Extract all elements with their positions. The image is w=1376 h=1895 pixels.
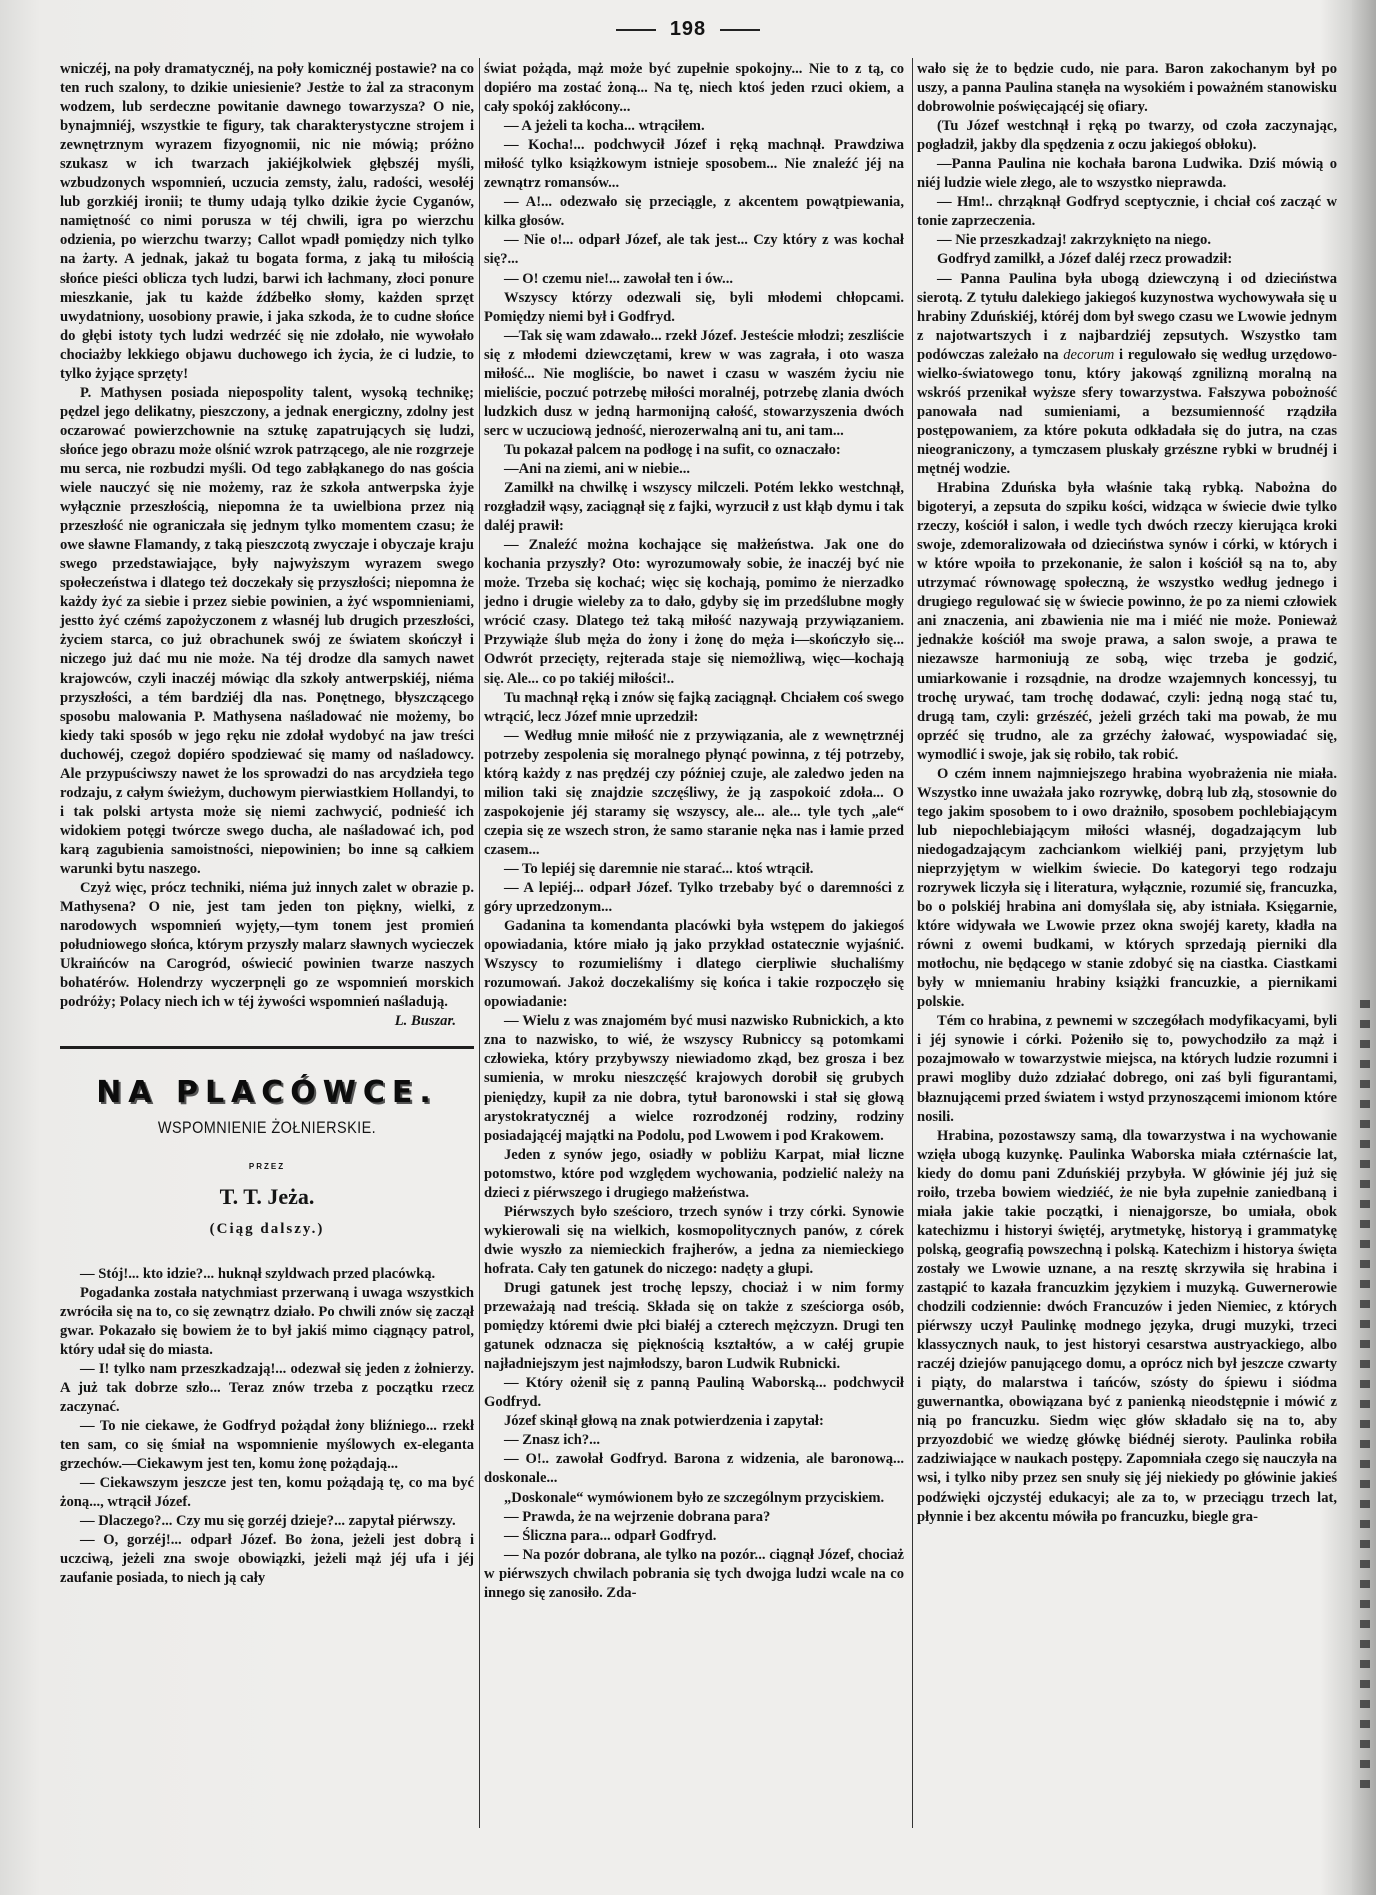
story-paragraph: — Według mnie miłość nie z przywiązania,… — [484, 727, 904, 860]
story-paragraph: Jeden z synów jego, osiadły w pobliżu Ka… — [484, 1146, 904, 1203]
story-paragraph: wało się że to będzie cudo, nie para. Ba… — [917, 60, 1337, 117]
story-by-line: PRZEZ — [60, 1157, 474, 1176]
story-subtitle: WSPOMNIENIE ŻOŁNIERSKIE. — [91, 1118, 443, 1137]
story-paragraph: Godfryd zamilkł, a Józef daléj rzecz pro… — [917, 250, 1337, 269]
story-paragraph: — Nie przeszkadzaj! zakrzyknięto na nieg… — [917, 231, 1337, 250]
column-2: świat pożąda, mąż może być zupełnie spok… — [484, 60, 904, 1603]
italic-word: decorum — [1063, 347, 1114, 363]
story-paragraph: — Który ożenił się z panną Pauliną Wabor… — [484, 1374, 904, 1412]
story-header: NA PLACÓWCE. WSPOMNIENIE ŻOŁNIERSKIE. PR… — [60, 1083, 474, 1264]
story-title: NA PLACÓWCE. — [60, 1083, 474, 1102]
story-paragraph: — Wielu z was znajomém być musi nazwisko… — [484, 1012, 904, 1145]
story-paragraph: —Ani na ziemi, ani w niebie... — [484, 460, 904, 479]
story-paragraph: Pogadanka została natychmiast przerwaną … — [60, 1284, 474, 1360]
story-author: T. T. Jeża. — [60, 1187, 474, 1206]
story-paragraph: — To nie ciekawe, że Godfryd pożądał żon… — [60, 1417, 474, 1474]
story-paragraph: Hrabina Zduńska była właśnie taką rybką.… — [917, 479, 1337, 765]
essay-paragraph: P. Mathysen posiada niepospolity talent,… — [60, 384, 474, 879]
story-paragraph: — Znaleźć można kochające się małżeństwa… — [484, 536, 904, 688]
column-rule-1 — [479, 58, 480, 1828]
story-paragraph: Drugi gatunek jest trochę lepszy, chocia… — [484, 1279, 904, 1374]
story-paragraph: — O! czemu nie!... zawołał ten i ów... — [484, 270, 904, 289]
story-paragraph: — Śliczna para... odparł Godfryd. — [484, 1527, 904, 1546]
story-paragraph: — O!.. zawołał Godfryd. Barona z widzeni… — [484, 1450, 904, 1488]
story-paragraph: — To lepiéj się daremnie nie starać... k… — [484, 860, 904, 879]
essay-paragraph: wniczéj, na poły dramatycznéj, na poły k… — [60, 60, 474, 384]
column-3: wało się że to będzie cudo, nie para. Ba… — [917, 60, 1337, 1527]
story-paragraph: Gadanina ta komendanta placówki była wst… — [484, 917, 904, 1012]
story-paragraph: Tu pokazał palcem na podłogę i na sufit,… — [484, 441, 904, 460]
story-paragraph: — Panna Paulina była ubogą dziewczyną i … — [917, 270, 1337, 480]
story-paragraph: — Kocha!... podchwycił Józef i ręką mach… — [484, 136, 904, 193]
story-paragraph: świat pożąda, mąż może być zupełnie spok… — [484, 60, 904, 117]
story-paragraph: Hrabina, pozostawszy samą, dla towarzyst… — [917, 1127, 1337, 1527]
story-body-col1: — Stój!... kto idzie?... huknął szyldwac… — [60, 1265, 474, 1589]
essay-signature: L. Buszar. — [60, 1012, 474, 1031]
story-paragraph: — A!... odezwało się przeciągle, z akcen… — [484, 193, 904, 231]
story-paragraph: — Ciekawszym jeszcze jest ten, komu pożą… — [60, 1474, 474, 1512]
story-paragraph: — Hm!.. chrząknął Godfryd sceptycznie, i… — [917, 193, 1337, 231]
story-paragraph: — O, gorzéj!... odparł Józef. Bo żona, j… — [60, 1531, 474, 1588]
story-paragraph: —Panna Paulina nie kochała barona Ludwik… — [917, 155, 1337, 193]
story-paragraph: — A lepiéj... odparł Józef. Tylko trzeba… — [484, 879, 904, 917]
story-paragraph: Józef skinął głową na znak potwierdzenia… — [484, 1412, 904, 1431]
story-continuation-note: (Ciąg dalszy.) — [60, 1220, 474, 1239]
page-number: 198 — [0, 18, 1376, 41]
story-paragraph: — Nie o!... odparł Józef, ale tak jest..… — [484, 231, 904, 269]
essay-paragraph: Czyż więc, prócz techniki, niéma już inn… — [60, 879, 474, 1012]
story-paragraph: Piérwszych było sześcioro, trzech synów … — [484, 1203, 904, 1279]
story-paragraph: Zamilkł na chwilkę i wszyscy milczeli. P… — [484, 479, 904, 536]
folio-dash-right — [720, 29, 760, 31]
story-paragraph: — Na pozór dobrana, ale tylko na pozór..… — [484, 1546, 904, 1603]
story-paragraph: — Stój!... kto idzie?... huknął szyldwac… — [60, 1265, 474, 1284]
column-1: wniczéj, na poły dramatycznéj, na poły k… — [60, 60, 474, 1588]
story-paragraph: — Znasz ich?... — [484, 1431, 904, 1450]
story-paragraph: O czém innem najmniejszego hrabina wyobr… — [917, 765, 1337, 1013]
story-paragraph: „Doskonale“ wymówionem było ze szczególn… — [484, 1489, 904, 1508]
story-paragraph: Wszyscy którzy odezwali się, byli młodem… — [484, 289, 904, 327]
story-paragraph: — Prawda, że na wejrzenie dobrana para? — [484, 1508, 904, 1527]
story-paragraph: — Dlaczego?... Czy mu się gorzéj dzieje?… — [60, 1512, 474, 1531]
story-paragraph: Tu machnął ręką i znów się fajką zaciągn… — [484, 689, 904, 727]
section-separator-rule — [60, 1046, 474, 1049]
story-paragraph: (Tu Józef westchnął i ręką po twarzy, od… — [917, 117, 1337, 155]
adjacent-page-bleed — [1360, 1000, 1370, 1800]
story-paragraph: —Tak się wam zdawało... rzekł Józef. Jes… — [484, 327, 904, 441]
story-paragraph: — A jeżeli ta kocha... wtrąciłem. — [484, 117, 904, 136]
story-paragraph: — I! tylko nam przeszkadzają!... odezwał… — [60, 1360, 474, 1417]
story-paragraph: Tém co hrabina, z pewnemi w szczegółach … — [917, 1012, 1337, 1126]
newspaper-page: 198 wniczéj, na poły dramatycznéj, na po… — [0, 0, 1376, 1895]
page-number-text: 198 — [670, 18, 706, 40]
folio-dash-left — [616, 29, 656, 31]
column-rule-2 — [912, 58, 913, 1828]
